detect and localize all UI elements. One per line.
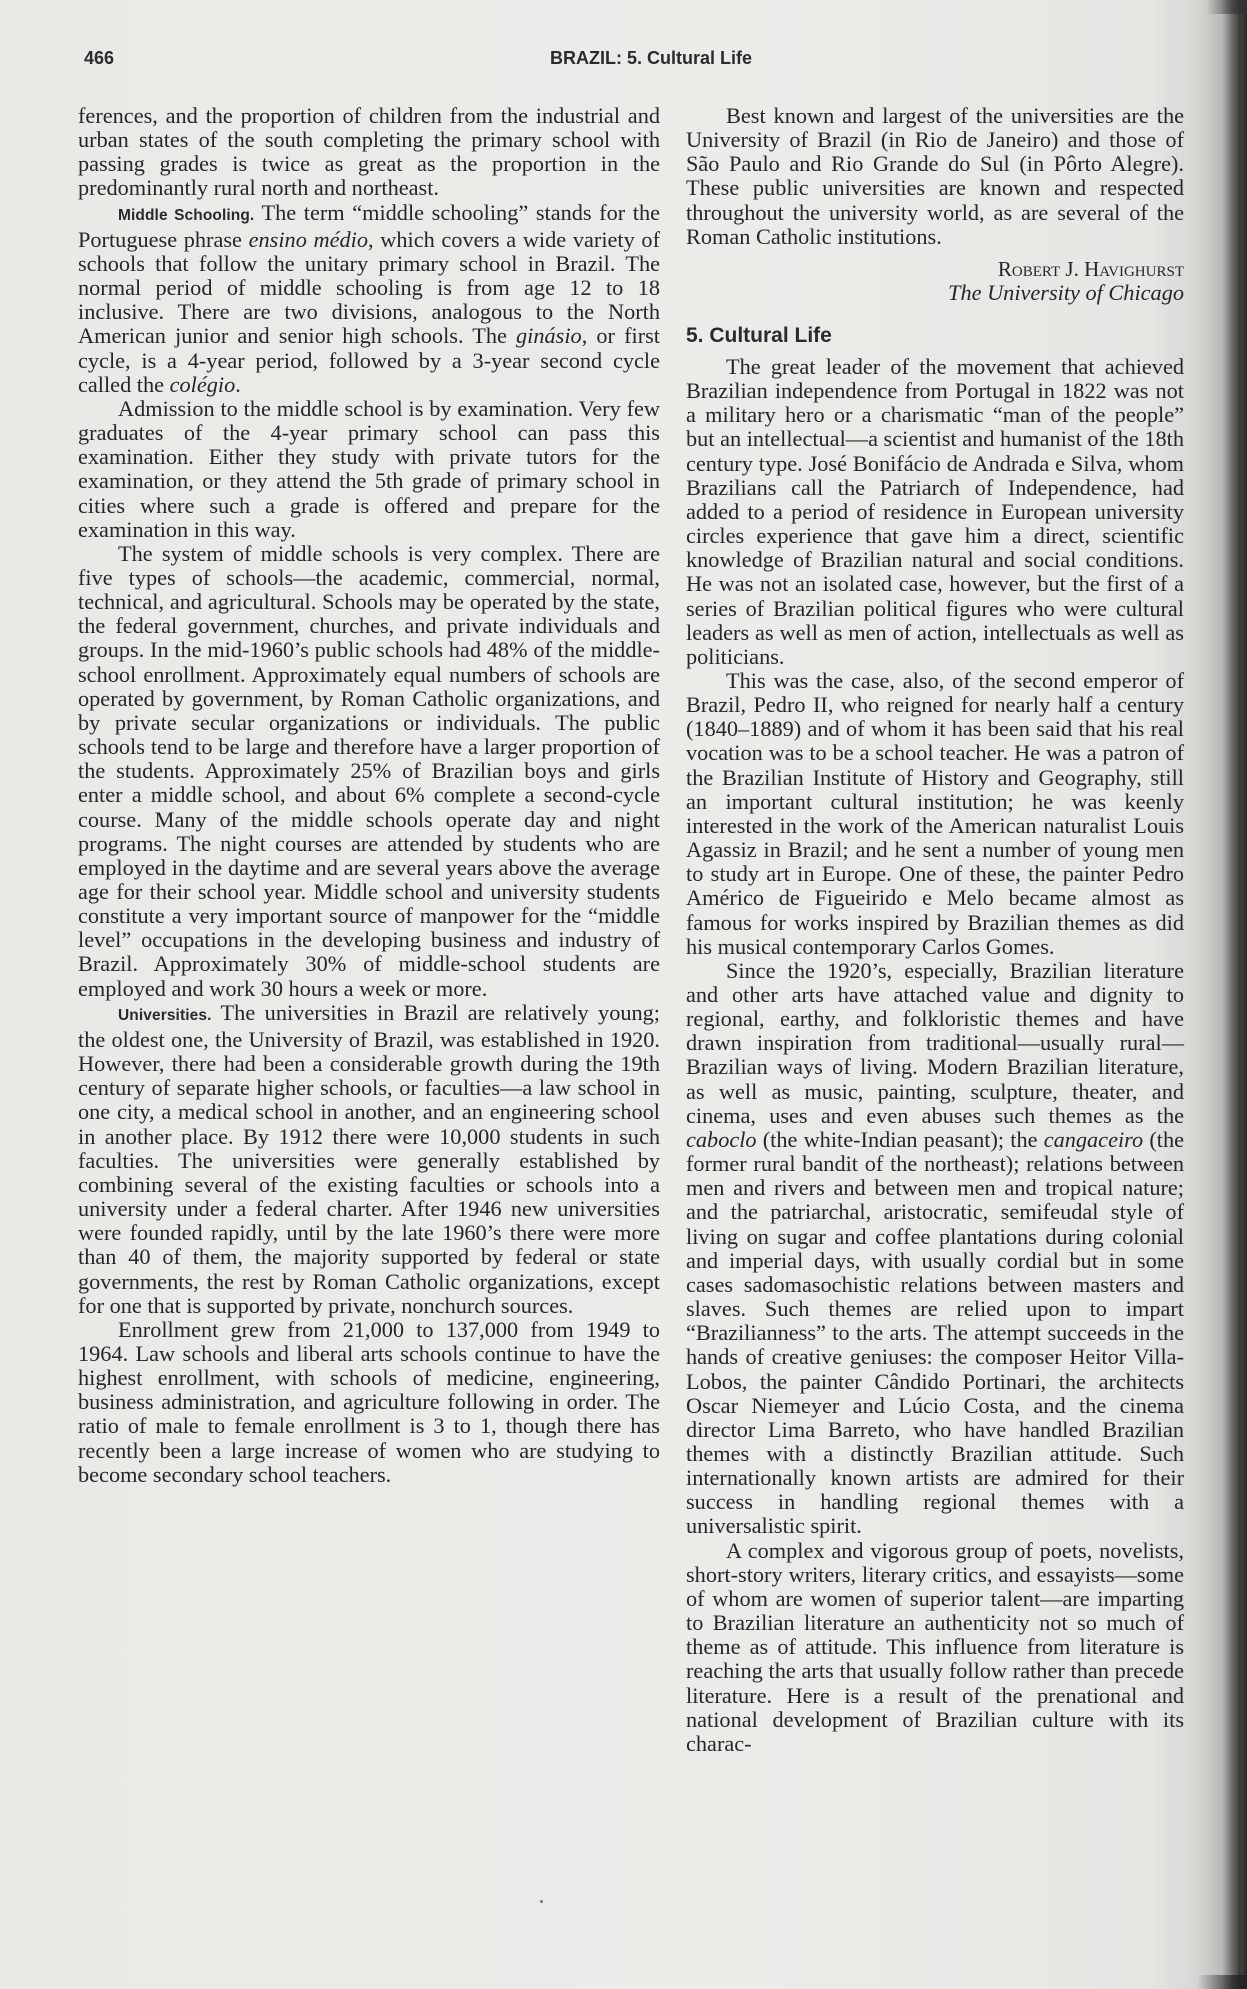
page-binding-edge: [1238, 0, 1241, 1989]
left-column: ferences, and the proportion of children…: [78, 104, 660, 1487]
term-ensino-medio: ensino médio: [249, 227, 368, 252]
term-colegio: colégio: [170, 372, 236, 397]
paragraph-pedro-ii: This was the case, also, of the second e…: [686, 669, 1184, 959]
paragraph-since-1920s: Since the 1920’s, especially, Brazilian …: [686, 959, 1184, 1539]
author-signature: Robert J. Havighurst The University of C…: [686, 257, 1184, 305]
term-ginasio: ginásio: [516, 323, 582, 348]
paragraph-enrollment: Enrollment grew from 21,000 to 137,000 f…: [78, 1318, 660, 1487]
section-heading: 5. Cultural Life: [686, 323, 1184, 349]
paragraph-literary-group: A complex and vigorous group of poets, n…: [686, 1539, 1184, 1756]
paragraph-admission: Admission to the middle school is by exa…: [78, 397, 660, 542]
author-name: Robert J. Havighurst: [686, 257, 1184, 281]
scan-shadow-top: [1207, 0, 1247, 14]
paragraph-best-known-universities: Best known and largest of the universiti…: [686, 104, 1184, 249]
paragraph-differences: ferences, and the proportion of children…: [78, 104, 660, 201]
runin-heading-middle-schooling: Middle Schooling.: [118, 207, 254, 224]
term-cangaceiro: cangaceiro: [1044, 1127, 1143, 1152]
paragraph-independence-leader: The great leader of the movement that ac…: [686, 355, 1184, 669]
term-caboclo: caboclo: [686, 1127, 757, 1152]
print-speck: [540, 1900, 543, 1903]
paragraph-universities: Universities. The universities in Brazil…: [78, 1001, 660, 1318]
paragraph-school-system: The system of middle schools is very com…: [78, 542, 660, 1001]
running-header: 466 BRAZIL: 5. Cultural Life: [84, 48, 1144, 74]
right-column: Best known and largest of the universiti…: [686, 104, 1184, 1756]
book-page: 466 BRAZIL: 5. Cultural Life ferences, a…: [0, 0, 1247, 1989]
author-affiliation: The University of Chicago: [686, 281, 1184, 305]
running-title: BRAZIL: 5. Cultural Life: [550, 48, 752, 69]
scan-shadow-bottom: [1197, 1975, 1247, 1989]
runin-heading-universities: Universities.: [118, 1007, 211, 1024]
page-number: 466: [84, 48, 114, 69]
paragraph-middle-schooling: Middle Schooling. The term “middle schoo…: [78, 201, 660, 397]
